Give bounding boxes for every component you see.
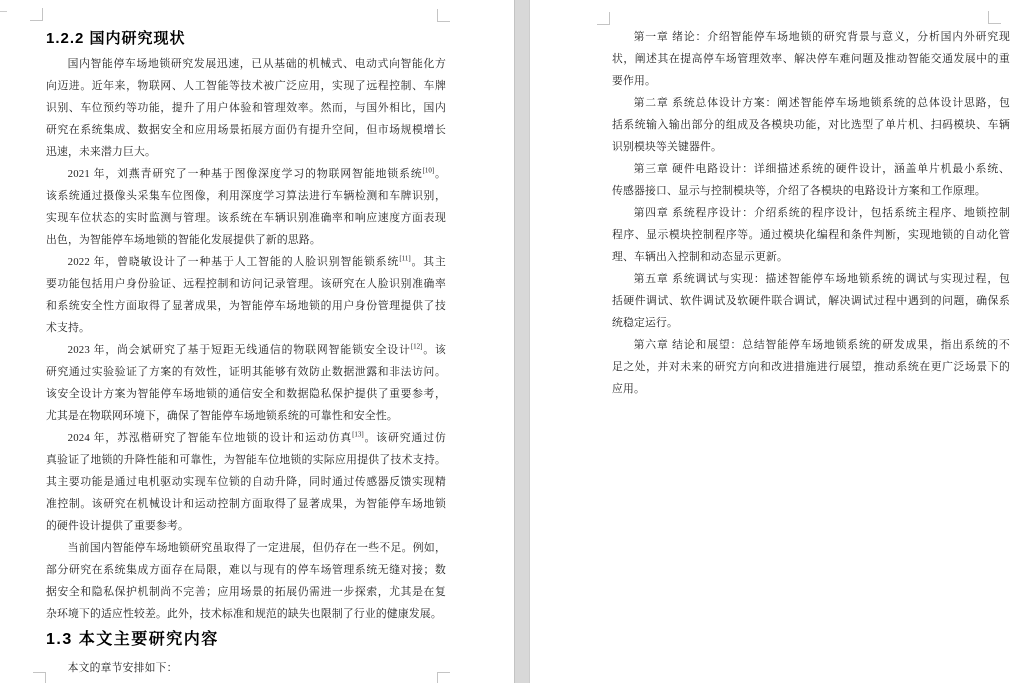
text-line: 术支持。 bbox=[46, 317, 446, 339]
right-page-paragraphs: 第一章 绪论：介绍智能停车场地锁的研究背景与意义，分析国内外研究现状，阐述其在提… bbox=[612, 26, 1010, 400]
text-line: 迅速，未来潜力巨大。 bbox=[46, 141, 446, 163]
text-boundary-mark-bottom-left bbox=[33, 672, 46, 683]
text-line: 尤其是在物联网环境下，确保了智能停车场地锁系统的可靠性和安全性。 bbox=[46, 405, 446, 427]
text-line: 研究在系统集成、数据安全和应用场景拓展方面仍有提升空间，但市场规模增长 bbox=[46, 119, 446, 141]
text-line: 据安全和隐私保护机制尚不完善；应用场景的拓展仍需进一步探索，尤其是在复 bbox=[46, 581, 446, 603]
text-line: 括系统输入输出部分的组成及各模块功能，对比选型了单片机、扫码模块、车辆 bbox=[612, 114, 1010, 136]
text-line: 的硬件设计提供了重要参考。 bbox=[46, 515, 446, 537]
text-line: 第六章 结论和展望：总结智能停车场地锁系统的研发成果，指出系统的不 bbox=[612, 334, 1010, 356]
document-viewport: { "colors": { "page_background": "#fffff… bbox=[0, 0, 1024, 683]
text-line: 理、车辆出入控制和动态显示更新。 bbox=[612, 246, 1010, 268]
text-line: 实现车位状态的实时监测与管理。该系统在车辆识别准确率和响应速度方面表现 bbox=[46, 207, 446, 229]
citation-ref: [11] bbox=[399, 254, 410, 262]
paragraph: 2022 年，曾晓敏设计了一种基于人工智能的人脸识别智能锁系统[11]。其主要功… bbox=[46, 251, 446, 339]
citation-ref: [12] bbox=[411, 342, 423, 350]
text-boundary-mark-top-right bbox=[437, 9, 450, 22]
text-line: 第二章 系统总体设计方案：阐述智能停车场地锁系统的总体设计思路，包 bbox=[612, 92, 1010, 114]
paragraph: 第一章 绪论：介绍智能停车场地锁的研究背景与意义，分析国内外研究现状，阐述其在提… bbox=[612, 26, 1010, 92]
text-line: 足之处，并对未来的研究方向和改进措施进行展望，推动系统在更广泛场景下的 bbox=[612, 356, 1010, 378]
text-line: 状，阐述其在提高停车场管理效率、解决停车难问题及推动智能交通发展中的重 bbox=[612, 48, 1010, 70]
page-gap-divider bbox=[514, 0, 530, 683]
text-line: 第四章 系统程序设计：介绍系统的程序设计，包括系统主程序、地锁控制 bbox=[612, 202, 1010, 224]
left-page-paragraphs: 国内智能停车场地锁研究发展迅速，已从基础的机械式、电动式向智能化方向迈进。近年来… bbox=[46, 53, 446, 625]
text-line: 该安全设计方案为智能停车场地锁的通信安全和数据隐私保护提供了重要参考， bbox=[46, 383, 446, 405]
text-line: 该系统通过摄像头采集车位图像，利用深度学习算法进行车辆检测和车牌识别， bbox=[46, 185, 446, 207]
page-right[interactable]: 第一章 绪论：介绍智能停车场地锁的研究背景与意义，分析国内外研究现状，阐述其在提… bbox=[530, 0, 1024, 683]
paragraph: 第二章 系统总体设计方案：阐述智能停车场地锁系统的总体设计思路，包括系统输入输出… bbox=[612, 92, 1010, 158]
text-line: 统稳定运行。 bbox=[612, 312, 1010, 334]
text-line: 和系统安全性方面取得了显著成果，为智能停车场地锁的用户身份管理提供了技 bbox=[46, 295, 446, 317]
citation-ref: [13] bbox=[352, 430, 364, 438]
text-line: 其主要功能是通过电机驱动实现车位锁的自动升降，同时通过传感器反馈实现精 bbox=[46, 471, 446, 493]
text-line: 要功能包括用户身份验证、远程控制和访问记录管理。该研究在人脸识别准确率 bbox=[46, 273, 446, 295]
paragraph: 2021 年，刘燕青研究了一种基于图像深度学习的物联网智能地锁系统[10]。该系… bbox=[46, 163, 446, 251]
paragraph: 第五章 系统调试与实现：描述智能停车场地锁系统的调试与实现过程，包括硬件调试、软… bbox=[612, 268, 1010, 334]
text-line: 向迈进。近年来，物联网、人工智能等技术被广泛应用，实现了远程控制、车牌 bbox=[46, 75, 446, 97]
text-line: 要作用。 bbox=[612, 70, 1010, 92]
text-line: 当前国内智能停车场地锁研究虽取得了一定进展，但仍存在一些不足。例如， bbox=[46, 537, 446, 559]
text-line: 第三章 硬件电路设计：详细描述系统的硬件设计，涵盖单片机最小系统、 bbox=[612, 158, 1010, 180]
text-line: 2021 年，刘燕青研究了一种基于图像深度学习的物联网智能地锁系统[10]。 bbox=[46, 163, 446, 185]
page-left[interactable]: 1.2.2 国内研究现状 国内智能停车场地锁研究发展迅速，已从基础的机械式、电动… bbox=[0, 0, 514, 683]
text-line: 研究通过实验验证了方案的有效性，证明其能够有效防止数据泄露和非法访问。 bbox=[46, 361, 446, 383]
text-line: 应用。 bbox=[612, 378, 1010, 400]
right-page-text-column: 第一章 绪论：介绍智能停车场地锁的研究背景与意义，分析国内外研究现状，阐述其在提… bbox=[612, 26, 1010, 400]
text-boundary-mark-top-left bbox=[597, 12, 610, 25]
text-line: 第一章 绪论：介绍智能停车场地锁的研究背景与意义，分析国内外研究现 bbox=[612, 26, 1010, 48]
text-line: 第五章 系统调试与实现：描述智能停车场地锁系统的调试与实现过程，包 bbox=[612, 268, 1010, 290]
text-line: 出色，为智能停车场地锁的智能化发展提供了新的思路。 bbox=[46, 229, 446, 251]
left-page-text-column: 1.2.2 国内研究现状 国内智能停车场地锁研究发展迅速，已从基础的机械式、电动… bbox=[46, 28, 446, 679]
text-line: 国内智能停车场地锁研究发展迅速，已从基础的机械式、电动式向智能化方 bbox=[46, 53, 446, 75]
paragraph: 第四章 系统程序设计：介绍系统的程序设计，包括系统主程序、地锁控制程序、显示模块… bbox=[612, 202, 1010, 268]
text-line: 2023 年，尚会斌研究了基于短距无线通信的物联网智能锁安全设计[12]。该 bbox=[46, 339, 446, 361]
text-line: 识别模块等关键器件。 bbox=[612, 136, 1010, 158]
text-boundary-mark-top-right bbox=[988, 11, 1001, 24]
paragraph: 第六章 结论和展望：总结智能停车场地锁系统的研发成果，指出系统的不足之处，并对未… bbox=[612, 334, 1010, 400]
section-heading-122: 1.2.2 国内研究现状 bbox=[46, 28, 446, 53]
text-boundary-mark-top-left bbox=[30, 8, 43, 21]
text-line: 2024 年，苏泓楷研究了智能车位地锁的设计和运动仿真[13]。该研究通过仿 bbox=[46, 427, 446, 449]
text-line: 程序、显示模块控制程序等。通过模块化编程和条件判断，实现地锁的自动化管 bbox=[612, 224, 1010, 246]
paragraph: 国内智能停车场地锁研究发展迅速，已从基础的机械式、电动式向智能化方向迈进。近年来… bbox=[46, 53, 446, 163]
text-line: 识别、车位预约等功能，提升了用户体验和管理效率。然而，与国外相比，国内 bbox=[46, 97, 446, 119]
paragraph: 第三章 硬件电路设计：详细描述系统的硬件设计，涵盖单片机最小系统、传感器接口、显… bbox=[612, 158, 1010, 202]
citation-ref: [10] bbox=[423, 166, 435, 174]
clipped-boundary-mark bbox=[0, 11, 7, 12]
paragraph: 2023 年，尚会斌研究了基于短距无线通信的物联网智能锁安全设计[12]。该研究… bbox=[46, 339, 446, 427]
text-line: 准控制。该研究在机械设计和运动控制方面取得了显著成果，为智能停车场地锁 bbox=[46, 493, 446, 515]
paragraph: 当前国内智能停车场地锁研究虽取得了一定进展，但仍存在一些不足。例如，部分研究在系… bbox=[46, 537, 446, 625]
chapter-intro-line: 本文的章节安排如下： bbox=[46, 657, 446, 679]
text-line: 真验证了地锁的升降性能和可靠性，为智能车位地锁的实际应用提供了技术支持。 bbox=[46, 449, 446, 471]
text-line: 传感器接口、显示与控制模块等，介绍了各模块的电路设计方案和工作原理。 bbox=[612, 180, 1010, 202]
text-line: 杂环境下的适应性较差。此外，技术标准和规范的缺失也限制了行业的健康发展。 bbox=[46, 603, 446, 625]
text-line: 部分研究在系统集成方面存在局限，难以与现有的停车场管理系统无缝对接；数 bbox=[46, 559, 446, 581]
paragraph: 2024 年，苏泓楷研究了智能车位地锁的设计和运动仿真[13]。该研究通过仿真验… bbox=[46, 427, 446, 537]
text-line: 括硬件调试、软件调试及软硬件联合调试，解决调试过程中遇到的问题，确保系 bbox=[612, 290, 1010, 312]
text-line: 2022 年，曾晓敏设计了一种基于人工智能的人脸识别智能锁系统[11]。其主 bbox=[46, 251, 446, 273]
section-heading-13: 1.3 本文主要研究内容 bbox=[46, 627, 446, 657]
